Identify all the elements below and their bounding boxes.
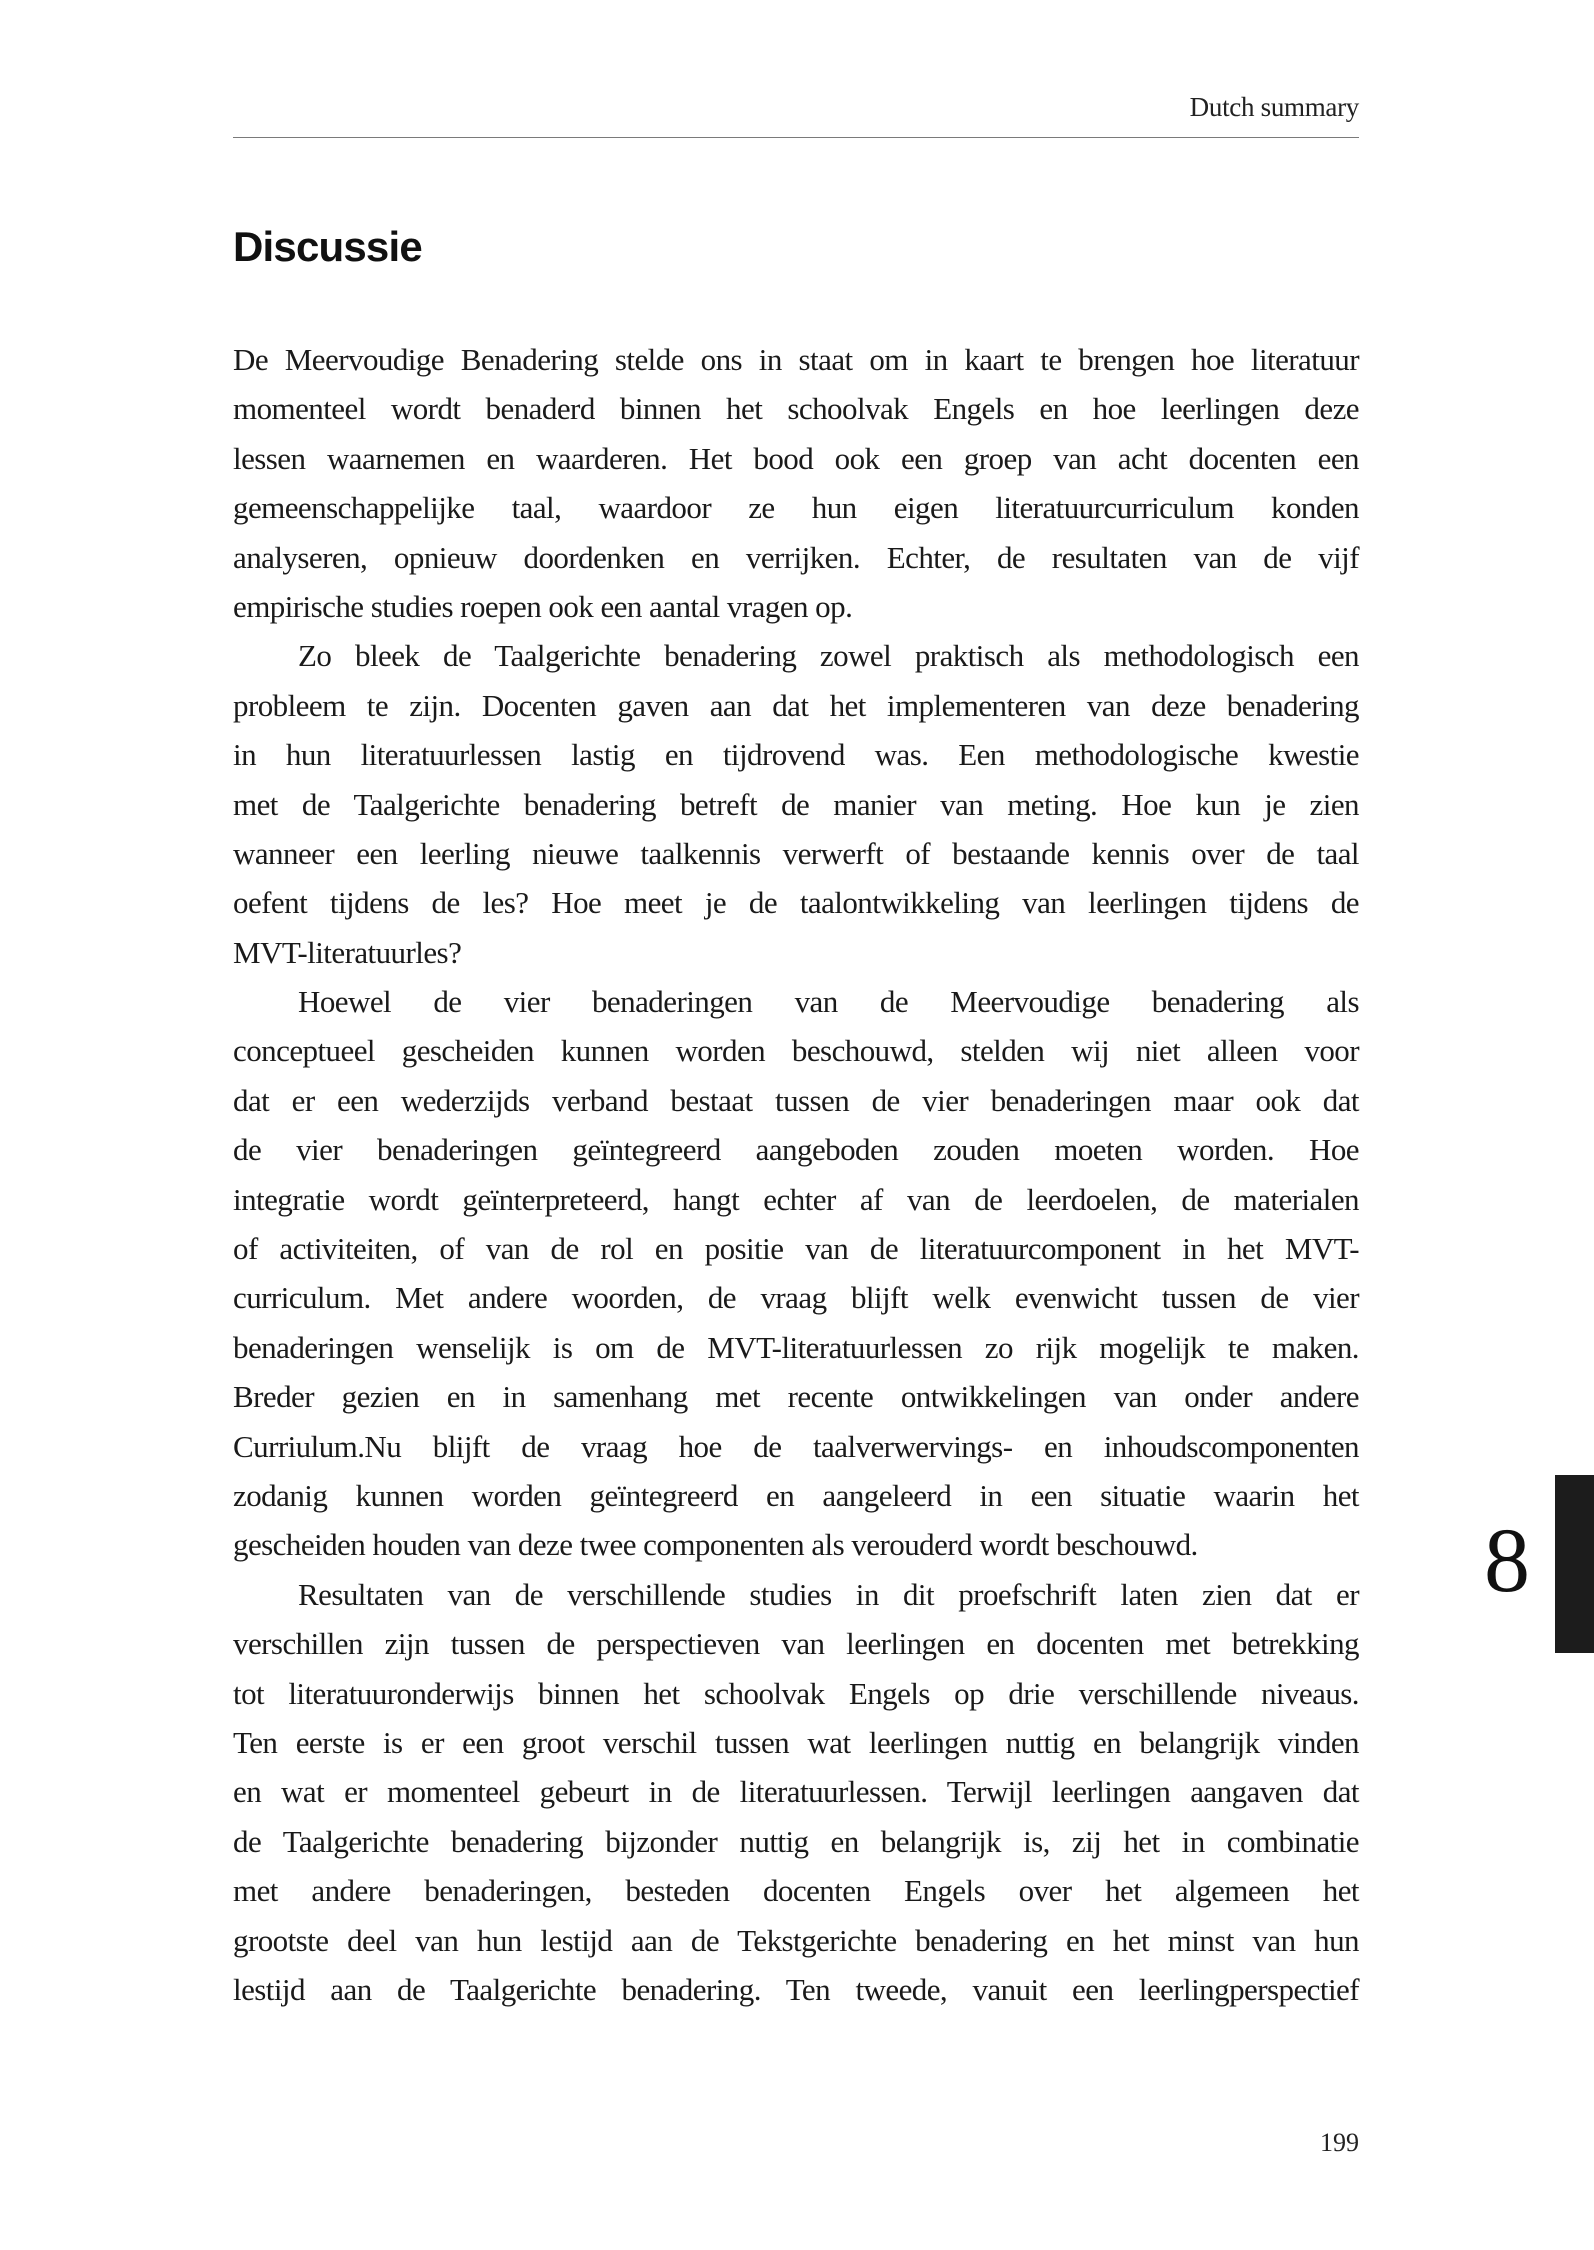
text-line: zodanig kunnen worden geïntegreerd en aa… (233, 1471, 1359, 1520)
text-line: dat er een wederzijds verband bestaat tu… (233, 1076, 1359, 1125)
paragraph: Hoewel de vier benaderingen van de Meerv… (233, 977, 1359, 1570)
text-line: analyseren, opnieuw doordenken en verrij… (233, 533, 1359, 582)
text-line: de vier benaderingen geïntegreerd aangeb… (233, 1125, 1359, 1174)
text-line: benaderingen wenselijk is om de MVT-lite… (233, 1323, 1359, 1372)
text-line: verschillen zijn tussen de perspectieven… (233, 1619, 1359, 1668)
text-line: tot literatuuronderwijs binnen het schoo… (233, 1669, 1359, 1718)
text-line: en wat er momenteel gebeurt in de litera… (233, 1767, 1359, 1816)
text-line: empirische studies roepen ook een aantal… (233, 582, 1359, 631)
text-line: Zo bleek de Taalgerichte benadering zowe… (233, 631, 1359, 680)
paragraph: Zo bleek de Taalgerichte benadering zowe… (233, 631, 1359, 977)
running-header: Dutch summary (233, 92, 1359, 123)
text-line: curriculum. Met andere woorden, de vraag… (233, 1273, 1359, 1322)
text-line: lessen waarnemen en waarderen. Het bood … (233, 434, 1359, 483)
text-line: Breder gezien en in samenhang met recent… (233, 1372, 1359, 1421)
text-line: of activiteiten, of van de rol en positi… (233, 1224, 1359, 1273)
paragraph: Resultaten van de verschillende studies … (233, 1570, 1359, 2015)
text-line: in hun literatuurlessen lastig en tijdro… (233, 730, 1359, 779)
text-line: gemeenschappelijke taal, waardoor ze hun… (233, 483, 1359, 532)
text-line: De Meervoudige Benadering stelde ons in … (233, 335, 1359, 384)
chapter-number: 8 (1484, 1514, 1530, 1606)
chapter-thumb-tab (1555, 1475, 1594, 1653)
page-number: 199 (1300, 2128, 1359, 2158)
text-line: oefent tijdens de les? Hoe meet je de ta… (233, 878, 1359, 927)
text-line: Curriulum.Nu blijft de vraag hoe de taal… (233, 1422, 1359, 1471)
paragraph: De Meervoudige Benadering stelde ons in … (233, 335, 1359, 631)
text-line: de Taalgerichte benadering bijzonder nut… (233, 1817, 1359, 1866)
text-line: Ten eerste is er een groot verschil tuss… (233, 1718, 1359, 1767)
text-line: Hoewel de vier benaderingen van de Meerv… (233, 977, 1359, 1026)
text-line: probleem te zijn. Docenten gaven aan dat… (233, 681, 1359, 730)
text-line: MVT-literatuurles? (233, 928, 1359, 977)
text-line: integratie wordt geïnterpreteerd, hangt … (233, 1175, 1359, 1224)
text-line: conceptueel gescheiden kunnen worden bes… (233, 1026, 1359, 1075)
header-divider (233, 137, 1359, 138)
text-line: gescheiden houden van deze twee componen… (233, 1520, 1359, 1569)
section-title: Discussie (233, 223, 422, 271)
text-line: grootste deel van hun lestijd aan de Tek… (233, 1916, 1359, 1965)
text-line: wanneer een leerling nieuwe taalkennis v… (233, 829, 1359, 878)
text-line: momenteel wordt benaderd binnen het scho… (233, 384, 1359, 433)
text-line: Resultaten van de verschillende studies … (233, 1570, 1359, 1619)
body-text: De Meervoudige Benadering stelde ons in … (233, 335, 1359, 2014)
text-line: met de Taalgerichte benadering betreft d… (233, 780, 1359, 829)
text-line: lestijd aan de Taalgerichte benadering. … (233, 1965, 1359, 2014)
text-line: met andere benaderingen, besteden docent… (233, 1866, 1359, 1915)
